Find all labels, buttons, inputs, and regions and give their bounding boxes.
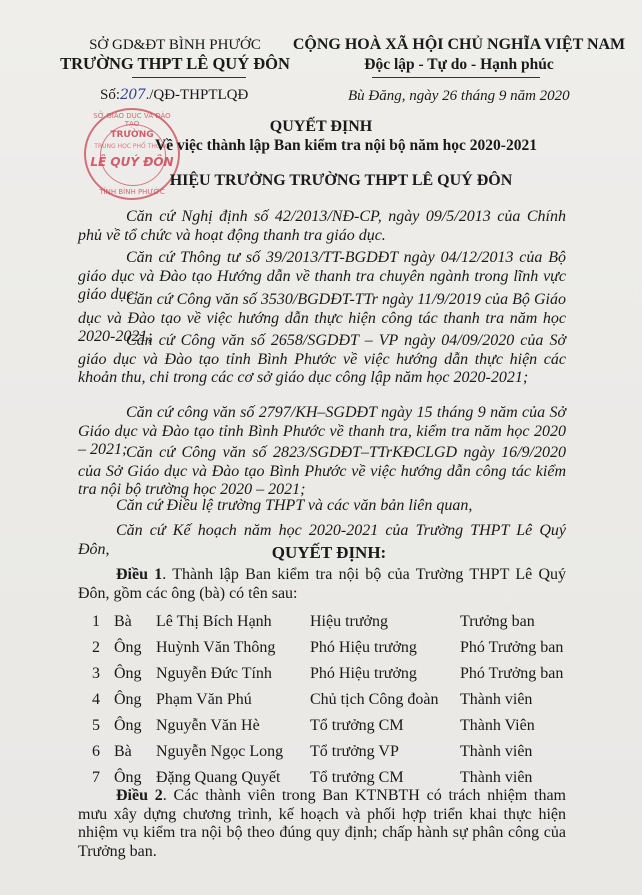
member-honorific: Ông (114, 639, 142, 657)
member-position: Tổ trưởng CM (310, 717, 404, 735)
member-honorific: Ông (114, 769, 142, 787)
member-name: Đặng Quang Quyết (156, 769, 280, 787)
decision-subtitle: Về việc thành lập Ban kiểm tra nội bộ nă… (0, 137, 642, 155)
member-position: Phó Hiệu trưởng (310, 665, 417, 683)
member-number: 7 (92, 769, 100, 787)
article-1-label: Điều 1 (116, 566, 162, 583)
member-name: Nguyễn Ngọc Long (156, 743, 283, 761)
doc-number-suffix: /QĐ-THPTLQĐ (149, 87, 248, 103)
member-number: 4 (92, 691, 100, 709)
legal-basis-1: Căn cứ Nghị định số 42/2013/NĐ-CP, ngày … (78, 208, 566, 245)
member-honorific: Bà (114, 613, 132, 631)
decision-subtitle-text: Về việc thành lập Ban kiểm tra nội bộ nă… (105, 137, 537, 154)
national-motto: Độc lập - Tự do - Hạnh phúc (292, 54, 626, 75)
issuing-authority: HIỆU TRƯỞNG TRƯỜNG THPT LÊ QUÝ ĐÔN (0, 172, 642, 190)
member-number: 2 (92, 639, 100, 657)
member-role: Phó Trưởng ban (460, 639, 563, 657)
member-position: Hiệu trưởng (310, 613, 388, 631)
member-position: Phó Hiệu trưởng (310, 639, 417, 657)
motto-underline (372, 77, 540, 78)
document-page: SỞ GD&ĐT BÌNH PHƯỚC TRƯỜNG THPT LÊ QUÝ Đ… (0, 0, 642, 895)
member-name: Lê Thị Bích Hạnh (156, 613, 272, 631)
legal-basis-4: Căn cứ Công văn số 2658/SGDĐT – VP ngày … (78, 332, 566, 388)
member-name: Nguyễn Văn Hè (156, 717, 260, 735)
legal-basis-text: Căn cứ Công văn số 2823/SGDĐT–TTrKĐCLGD … (78, 444, 566, 500)
article-1: Điều 1. Thành lập Ban kiểm tra nội bộ củ… (78, 566, 566, 603)
member-name: Huỳnh Văn Thông (156, 639, 275, 657)
member-name: Phạm Văn Phú (156, 691, 252, 709)
member-position: Tổ trưởng VP (310, 743, 399, 761)
document-number: Số:207./QĐ-THPTLQĐ (100, 87, 248, 104)
member-role: Phó Trưởng ban (460, 665, 563, 683)
member-role: Trưởng ban (460, 613, 535, 631)
member-position: Chủ tịch Công đoàn (310, 691, 438, 709)
stamp-line-3: LÊ QUÝ ĐÔN (86, 155, 178, 169)
doc-number-handwritten: 207. (120, 87, 149, 103)
legal-basis-text: Căn cứ Điều lệ trường THPT và các văn bả… (78, 497, 566, 516)
member-position: Tổ trưởng CM (310, 769, 404, 787)
decision-title: QUYẾT ĐỊNH (0, 118, 642, 136)
doc-number-prefix: Số: (100, 87, 120, 103)
member-number: 3 (92, 665, 100, 683)
issuing-agency-block: SỞ GD&ĐT BÌNH PHƯỚC TRƯỜNG THPT LÊ QUÝ Đ… (60, 36, 290, 74)
legal-basis-6: Căn cứ Công văn số 2823/SGDĐT–TTrKĐCLGD … (78, 444, 566, 500)
member-name: Nguyễn Đức Tính (156, 665, 272, 683)
school-underline (132, 77, 246, 78)
article-2-label: Điều 2 (116, 787, 163, 804)
agency-name: SỞ GD&ĐT BÌNH PHƯỚC (60, 36, 290, 54)
member-honorific: Ông (114, 691, 142, 709)
member-role: Thành viên (460, 769, 532, 787)
legal-basis-text: Căn cứ Nghị định số 42/2013/NĐ-CP, ngày … (78, 208, 566, 245)
member-honorific: Ông (114, 717, 142, 735)
place-date: Bù Đăng, ngày 26 tháng 9 năm 2020 (348, 88, 570, 105)
member-honorific: Ông (114, 665, 142, 683)
legal-basis-text: Căn cứ Công văn số 2658/SGDĐT – VP ngày … (78, 332, 566, 388)
article-2: Điều 2. Các thành viên trong Ban KTNBTH … (78, 787, 566, 861)
member-number: 6 (92, 743, 100, 761)
member-number: 5 (92, 717, 100, 735)
decision-heading: QUYẾT ĐỊNH: (0, 543, 642, 563)
member-role: Thành viên (460, 691, 532, 709)
national-header-block: CỘNG HOÀ XÃ HỘI CHỦ NGHĨA VIỆT NAM Độc l… (292, 36, 626, 75)
member-number: 1 (92, 613, 100, 631)
school-name: TRƯỜNG THPT LÊ QUÝ ĐÔN (60, 54, 290, 74)
member-honorific: Bà (114, 743, 132, 761)
legal-basis-7: Căn cứ Điều lệ trường THPT và các văn bả… (78, 497, 566, 516)
member-role: Thành viên (460, 743, 532, 761)
country-name: CỘNG HOÀ XÃ HỘI CHỦ NGHĨA VIỆT NAM (292, 36, 626, 54)
member-role: Thành Viên (460, 717, 535, 735)
